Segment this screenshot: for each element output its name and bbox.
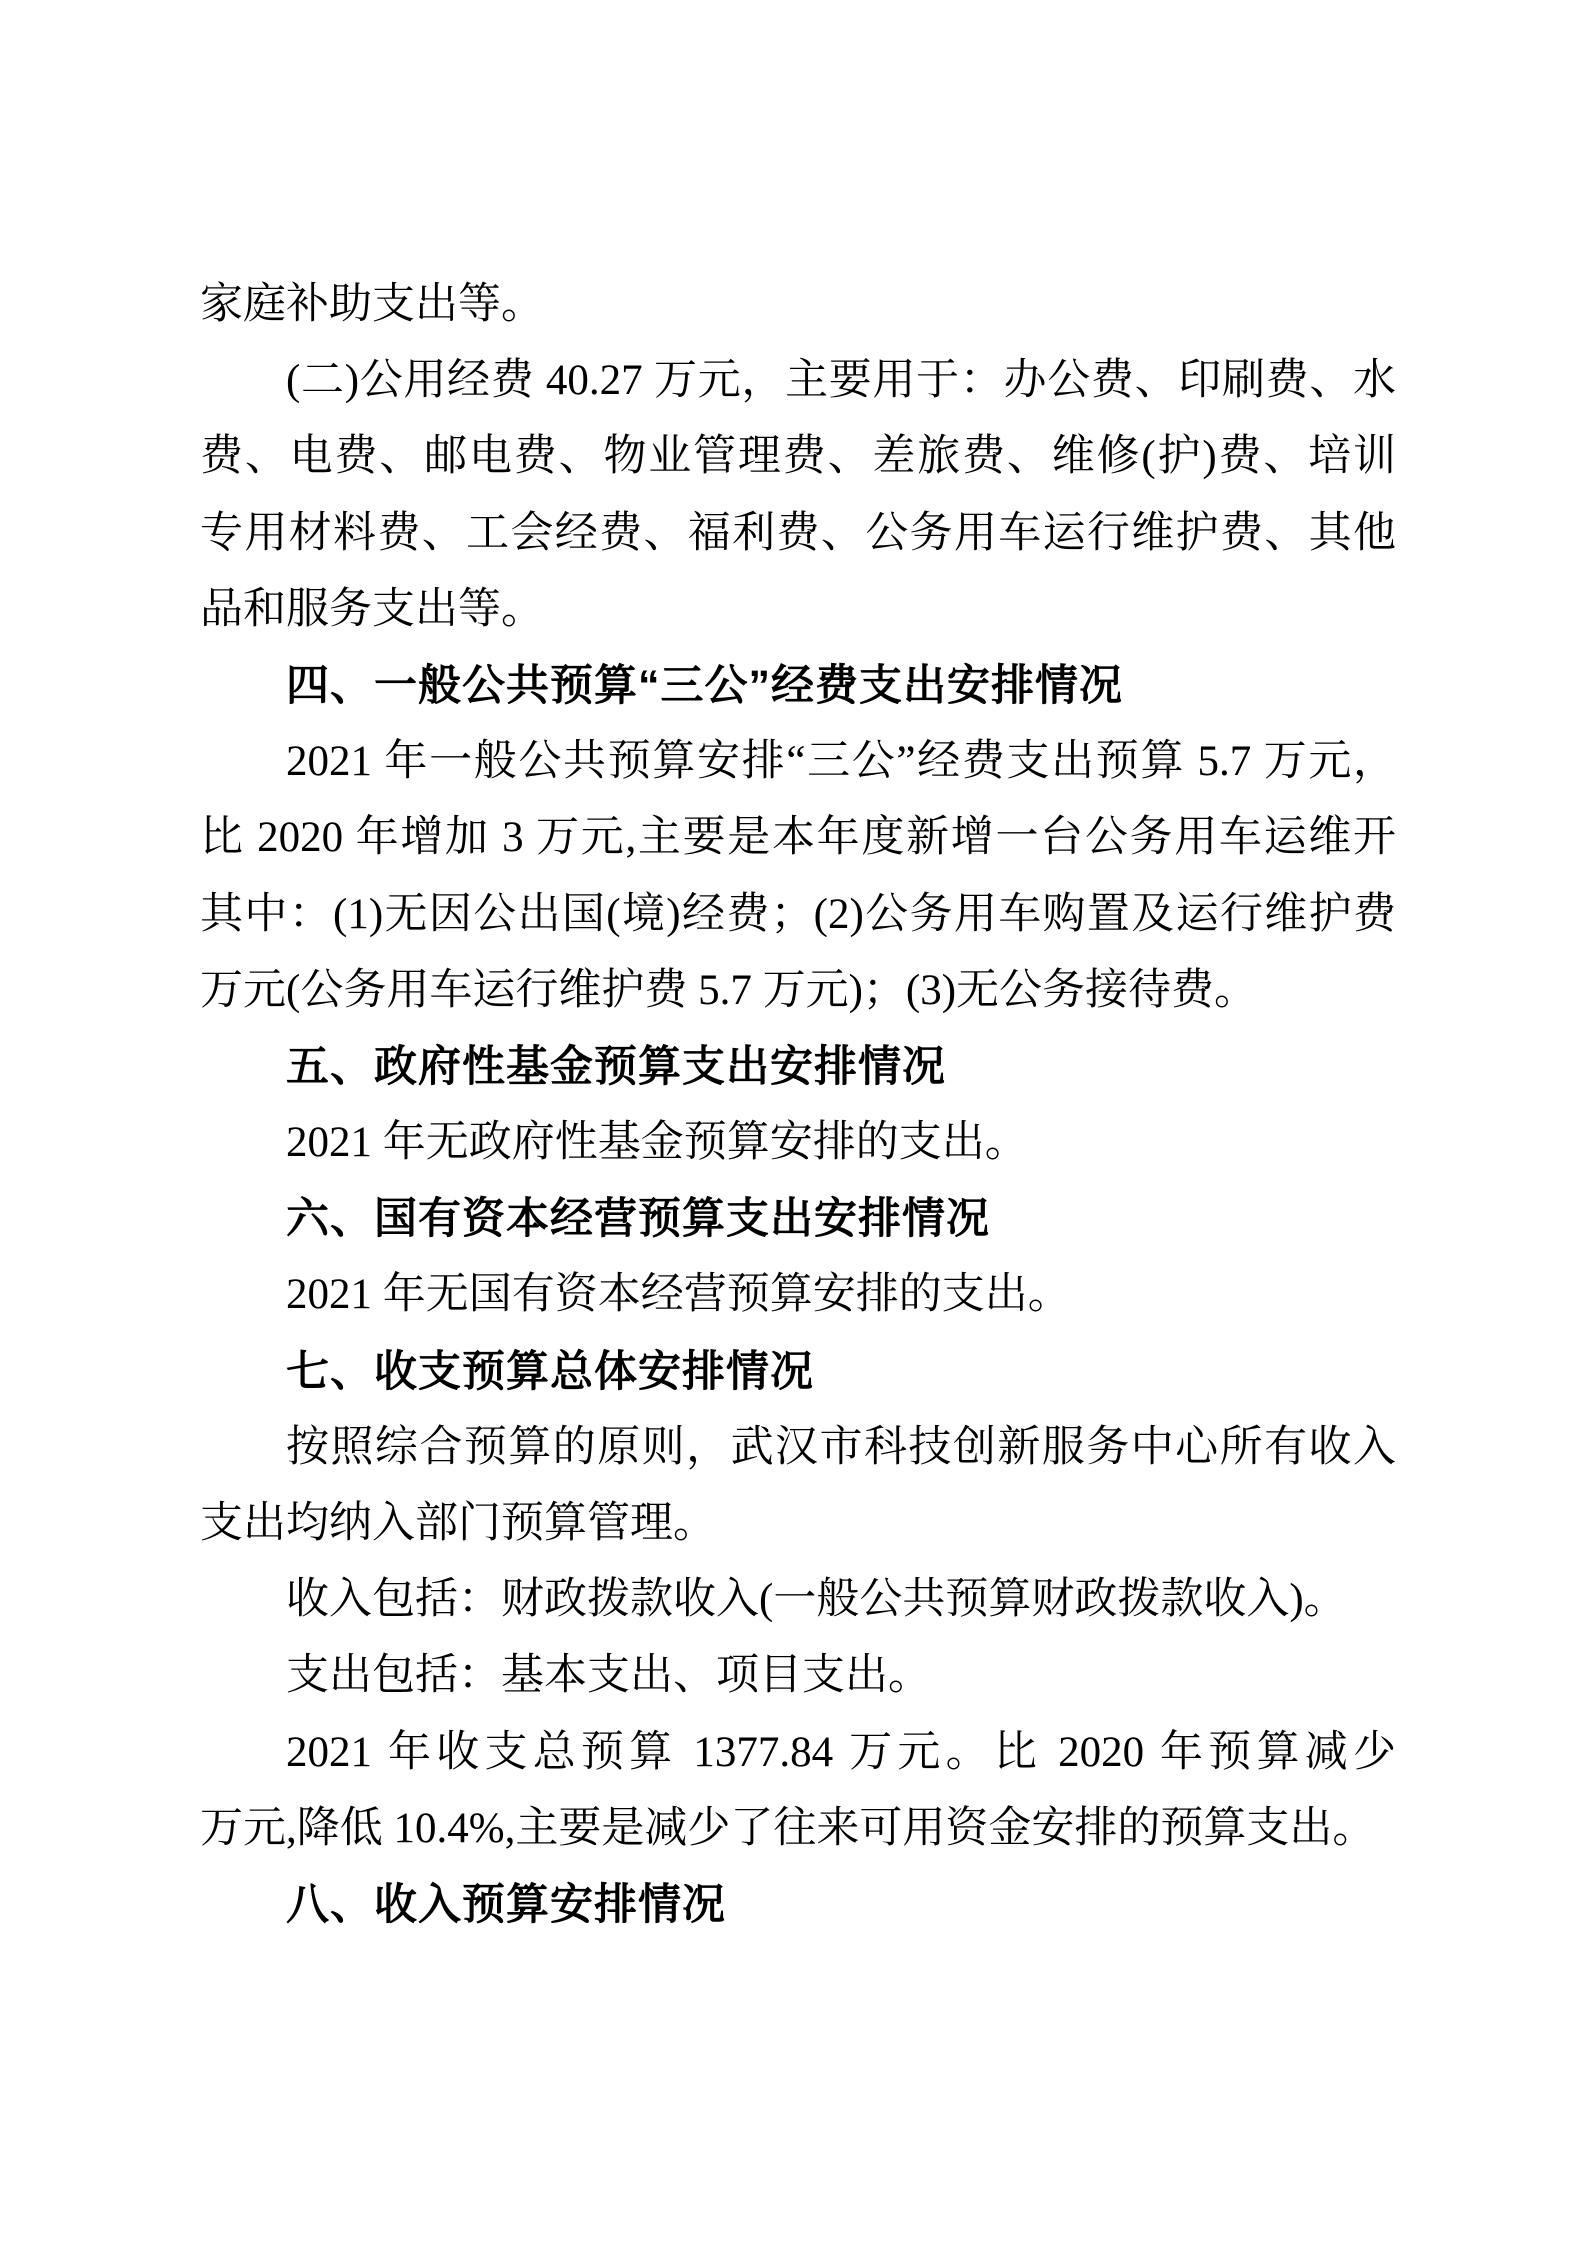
text-line: 支出均纳入部门预算管理。 [200, 1486, 1396, 1562]
text-line: 按照综合预算的原则，武汉市科技创新服务中心所有收入和 [200, 1410, 1396, 1486]
text-line: 比 2020 年增加 3 万元,主要是本年度新增一台公务用车运维开支。 [200, 800, 1396, 876]
text-line: 费、电费、邮电费、物业管理费、差旅费、维修(护)费、培训费、 [200, 419, 1396, 495]
text-line: 收入包括：财政拨款收入(一般公共预算财政拨款收入)。 [200, 1562, 1396, 1638]
section-heading: 六、国有资本经营预算支出安排情况 [200, 1181, 1396, 1257]
section-heading: 五、政府性基金预算支出安排情况 [200, 1029, 1396, 1105]
text-line: 2021 年无国有资本经营预算安排的支出。 [200, 1257, 1396, 1333]
text-line: 2021 年收支总预算 1377.84 万元。比 2020 年预算减少 159.… [200, 1715, 1396, 1791]
text-line: (二)公用经费 40.27 万元，主要用于：办公费、印刷费、水 [200, 343, 1396, 419]
text-line: 其中：(1)无因公出国(境)经费；(2)公务用车购置及运行维护费 5.7 [200, 877, 1396, 953]
text-line: 品和服务支出等。 [200, 572, 1396, 648]
document-text-block: 家庭补助支出等。(二)公用经费 40.27 万元，主要用于：办公费、印刷费、水费… [200, 267, 1396, 1943]
text-line: 家庭补助支出等。 [200, 267, 1396, 343]
section-heading: 八、收入预算安排情况 [200, 1867, 1396, 1943]
text-line: 万元(公务用车运行维护费 5.7 万元)；(3)无公务接待费。 [200, 953, 1396, 1029]
section-heading: 七、收支预算总体安排情况 [200, 1334, 1396, 1410]
text-line: 支出包括：基本支出、项目支出。 [200, 1638, 1396, 1714]
text-line: 专用材料费、工会经费、福利费、公务用车运行维护费、其他商 [200, 496, 1396, 572]
text-line: 2021 年一般公共预算安排“三公”经费支出预算 5.7 万元， [200, 724, 1396, 800]
document-page: 家庭补助支出等。(二)公用经费 40.27 万元，主要用于：办公费、印刷费、水费… [0, 0, 1587, 2245]
text-line: 万元,降低 10.4%,主要是减少了往来可用资金安排的预算支出。 [200, 1791, 1396, 1867]
section-heading: 四、一般公共预算“三公”经费支出安排情况 [200, 648, 1396, 724]
text-line: 2021 年无政府性基金预算安排的支出。 [200, 1105, 1396, 1181]
